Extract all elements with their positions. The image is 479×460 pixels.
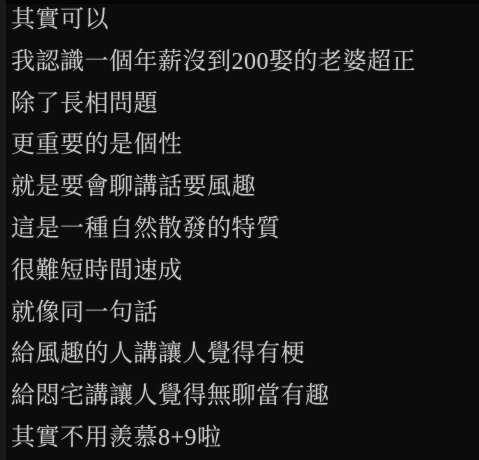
text-post-screenshot: 其實可以 我認識一個年薪沒到200娶的老婆超正 除了長相問題 更重要的是個性 就… xyxy=(0,0,479,460)
left-edge-shade xyxy=(0,0,6,460)
text-line: 除了長相問題 xyxy=(11,84,479,126)
post-text-block: 其實可以 我認識一個年薪沒到200娶的老婆超正 除了長相問題 更重要的是個性 就… xyxy=(11,0,479,460)
text-line: 其實不用羨慕8+9啦 xyxy=(11,418,479,460)
text-line: 很難短時間速成 xyxy=(11,251,479,293)
text-line: 給風趣的人講讓人覺得有梗 xyxy=(11,334,479,376)
text-line: 其實可以 xyxy=(11,0,479,42)
text-line: 給悶宅講讓人覺得無聊當有趣 xyxy=(11,376,479,418)
text-line: 我認識一個年薪沒到200娶的老婆超正 xyxy=(11,42,479,84)
text-line: 這是一種自然散發的特質 xyxy=(11,209,479,251)
text-line: 就是要會聊講話要風趣 xyxy=(11,167,479,209)
text-line: 就像同一句話 xyxy=(11,293,479,335)
text-line: 更重要的是個性 xyxy=(11,125,479,167)
